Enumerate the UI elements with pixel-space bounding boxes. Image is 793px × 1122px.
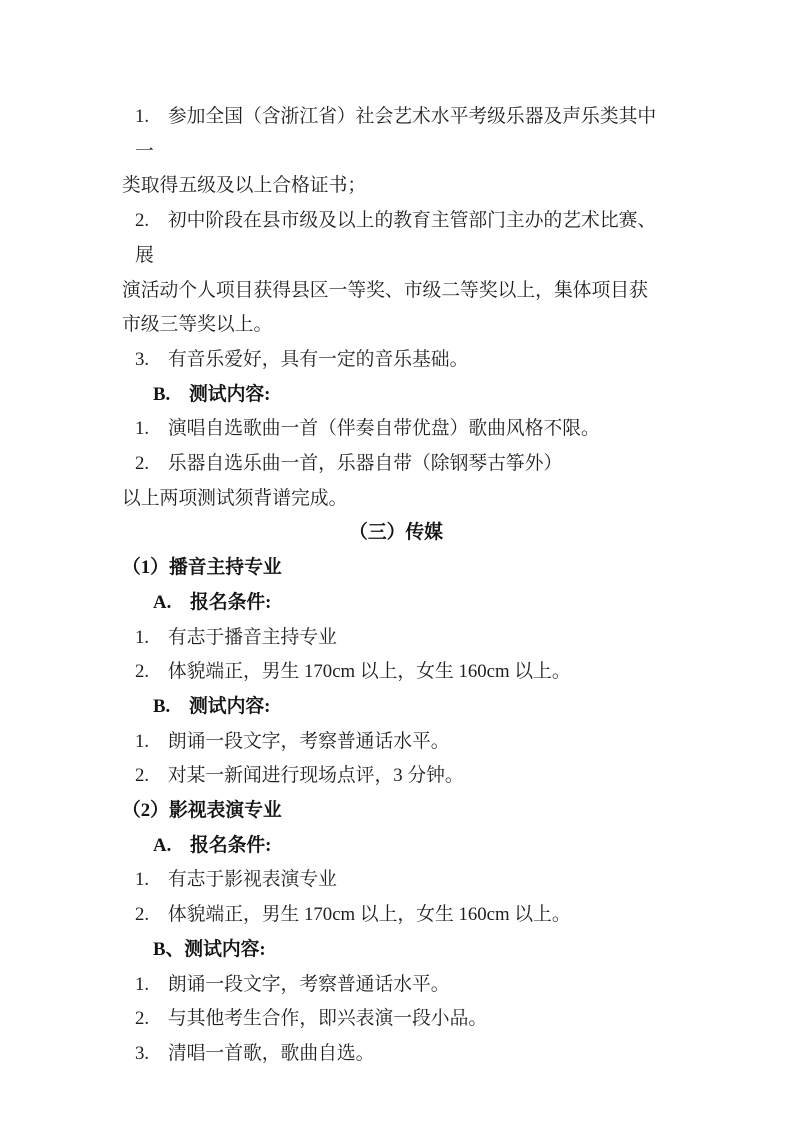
- subheading-test-content-acting: B、测试内容:: [122, 933, 670, 968]
- list-item-sing-acapella: 3. 清唱一首歌，歌曲自选。: [122, 1037, 670, 1072]
- list-item-recite-broadcast: 1. 朗诵一段文字，考察普通话水平。: [122, 725, 670, 760]
- list-item-cert-line1: 1. 参加全国（含浙江省）社会艺术水平考级乐器及声乐类其中一: [122, 100, 670, 169]
- list-item-award-line2: 演活动个人项目获得县区一等奖、市级二等奖以上，集体项目获: [122, 274, 670, 309]
- subheading-requirements-acting: A. 报名条件:: [122, 829, 670, 864]
- subsection-heading-broadcast-hosting: （1）播音主持专业: [122, 551, 670, 586]
- subheading-requirements-broadcast: A. 报名条件:: [122, 586, 670, 621]
- list-item-appearance-acting: 2. 体貌端正，男生 170cm 以上，女生 160cm 以上。: [122, 898, 670, 933]
- list-item-cert-line2: 类取得五级及以上合格证书；: [122, 169, 670, 204]
- list-item-award-line3: 市级三等奖以上。: [122, 308, 670, 343]
- list-item-instrument-piece: 2. 乐器自选乐曲一首，乐器自带（除钢琴古筝外）: [122, 447, 670, 482]
- subheading-test-content-broadcast: B. 测试内容:: [122, 690, 670, 725]
- list-item-sing-song: 1. 演唱自选歌曲一首（伴奏自带优盘）歌曲风格不限。: [122, 412, 670, 447]
- list-item-recite-acting: 1. 朗诵一段文字，考察普通话水平。: [122, 968, 670, 1003]
- document-page: 1. 参加全国（含浙江省）社会艺术水平考级乐器及声乐类其中一 类取得五级及以上合…: [0, 0, 793, 1122]
- section-heading-media: （三）传媒: [122, 516, 670, 551]
- list-item-improv-skit: 2. 与其他考生合作，即兴表演一段小品。: [122, 1002, 670, 1037]
- list-item-appearance-broadcast: 2. 体貌端正，男生 170cm 以上，女生 160cm 以上。: [122, 655, 670, 690]
- subsection-heading-film-acting: （2）影视表演专业: [122, 794, 670, 829]
- note-memorize-score: 以上两项测试须背谱完成。: [122, 482, 670, 517]
- list-item-news-comment: 2. 对某一新闻进行现场点评，3 分钟。: [122, 759, 670, 794]
- list-item-music-hobby: 3. 有音乐爱好，具有一定的音乐基础。: [122, 343, 670, 378]
- list-item-aspiration-broadcast: 1. 有志于播音主持专业: [122, 621, 670, 656]
- subheading-test-content-music: B. 测试内容:: [122, 378, 670, 413]
- list-item-award-line1: 2. 初中阶段在县市级及以上的教育主管部门主办的艺术比赛、展: [122, 204, 670, 273]
- list-item-aspiration-acting: 1. 有志于影视表演专业: [122, 863, 670, 898]
